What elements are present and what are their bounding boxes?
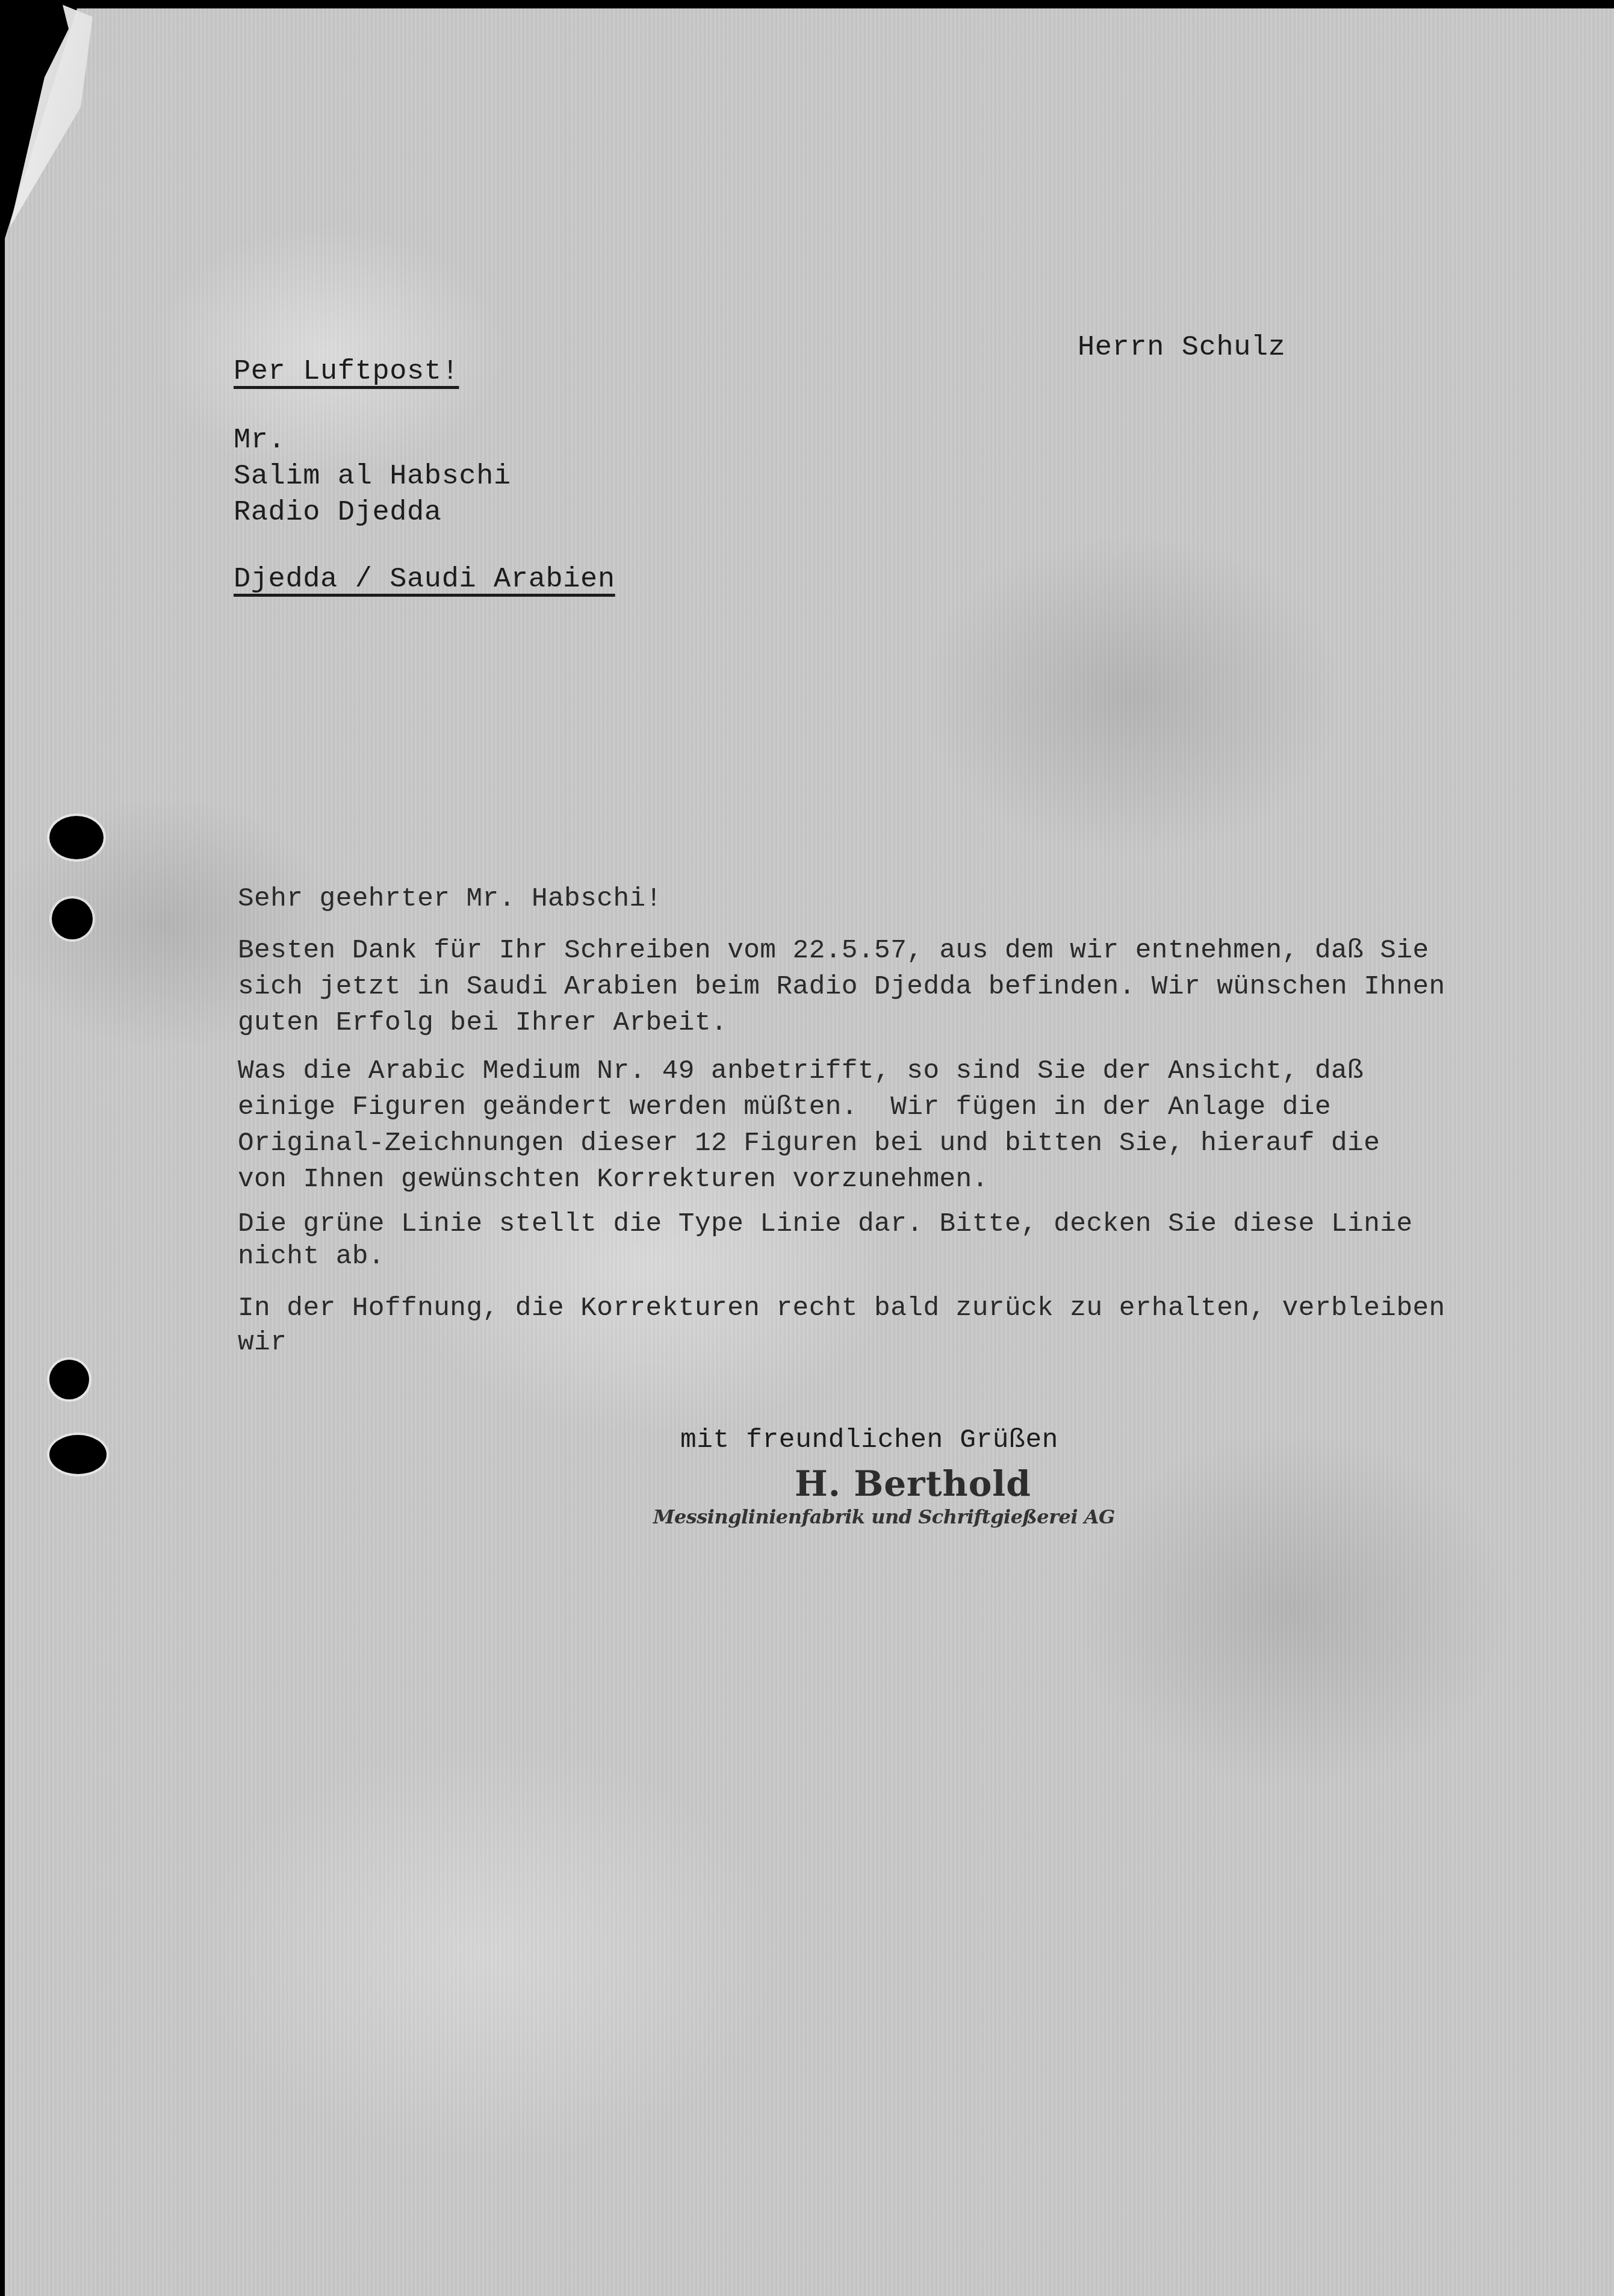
- body-line: einige Figuren geändert werden müßten. W…: [238, 1089, 1331, 1125]
- body-line: Original-Zeichnungen dieser 12 Figuren b…: [238, 1125, 1380, 1162]
- body-line: Besten Dank für Ihr Schreiben vom 22.5.5…: [238, 933, 1429, 969]
- mail-note: Per Luftpost!: [234, 354, 459, 390]
- body-line: nicht ab.: [238, 1239, 385, 1275]
- salutation: Sehr geehrter Mr. Habschi!: [238, 881, 662, 917]
- stamp-subtitle: Messinglinienfabrik und Schriftgießerei …: [653, 1505, 1115, 1528]
- address-city-country: Djedda / Saudi Arabien: [234, 562, 615, 598]
- address-title: Mr.: [234, 423, 285, 459]
- body-line: guten Erfolg bei Ihrer Arbeit.: [238, 1005, 727, 1041]
- body-line: sich jetzt in Saudi Arabien beim Radio D…: [238, 969, 1445, 1005]
- closing: mit freundlichen Grüßen: [680, 1422, 1058, 1458]
- punch-hole: [49, 1360, 89, 1399]
- stamp-company-name: H. Berthold: [795, 1463, 1031, 1504]
- internal-recipient: Herrn Schulz: [1078, 330, 1286, 366]
- body-line: Die grüne Linie stellt die Type Linie da…: [238, 1206, 1413, 1242]
- punch-hole: [49, 1435, 107, 1474]
- body-line: Was die Arabic Medium Nr. 49 anbetrifft,…: [238, 1053, 1364, 1089]
- address-name: Salim al Habschi: [234, 459, 511, 495]
- body-line: In der Hoffnung, die Korrekturen recht b…: [238, 1290, 1445, 1327]
- body-line: von Ihnen gewünschten Korrekturen vorzun…: [238, 1162, 989, 1198]
- punch-hole: [52, 898, 93, 939]
- body-line: wir: [238, 1325, 287, 1361]
- punch-hole: [49, 816, 104, 859]
- address-organization: Radio Djedda: [234, 495, 442, 531]
